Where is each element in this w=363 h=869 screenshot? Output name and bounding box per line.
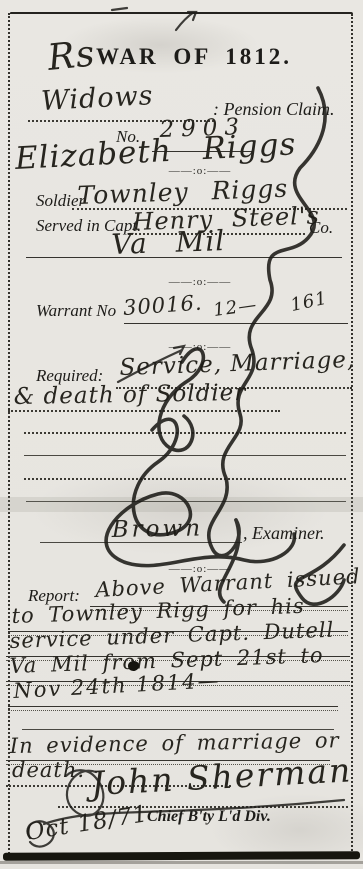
warrant-label: Warrant No	[36, 301, 116, 321]
blank-rule-2	[24, 455, 346, 456]
border-right	[351, 14, 353, 854]
required-line-1: Service, Marriage,	[119, 347, 356, 381]
border-top	[10, 12, 353, 14]
examiner-line	[40, 542, 242, 543]
warrant-note-1: 12—	[212, 294, 258, 321]
pension-claim-form: Rs WAR OF 1812. Widows : Pension Claim. …	[0, 0, 363, 869]
claimant-name: Elizabeth Riggs	[14, 126, 297, 177]
evidence-line-2: death.	[12, 758, 85, 782]
corner-initials: Rs	[46, 33, 98, 79]
blank-rule-1	[24, 432, 346, 434]
served-suffix: Co.	[309, 218, 333, 238]
report-rule-5	[8, 706, 338, 711]
warrant-line	[124, 323, 348, 324]
border-bottom-smear	[0, 861, 363, 864]
scan-shadow-band	[0, 497, 363, 512]
claim-type-handwritten: Widows	[40, 80, 154, 117]
blank-rule-3	[24, 478, 346, 480]
examiner-name: Brown	[112, 515, 204, 543]
unit-line	[26, 257, 342, 258]
examiner-label: , Examiner.	[243, 523, 324, 544]
required-rule-2	[8, 410, 280, 412]
signature: John Sherman	[90, 750, 353, 803]
warrant-number: 30016.	[122, 291, 203, 320]
warrant-note-2: 161	[289, 288, 330, 316]
signer-title: Chief B'ty L'd Div.	[147, 808, 271, 826]
unit-handwritten: Va Mil	[111, 224, 226, 261]
border-left	[8, 13, 10, 858]
form-title: WAR OF 1812.	[96, 44, 292, 70]
border-bottom	[3, 851, 360, 861]
section-divider-2: ——:o:——	[163, 276, 237, 288]
required-line-2: & death of Soldier	[14, 380, 247, 410]
